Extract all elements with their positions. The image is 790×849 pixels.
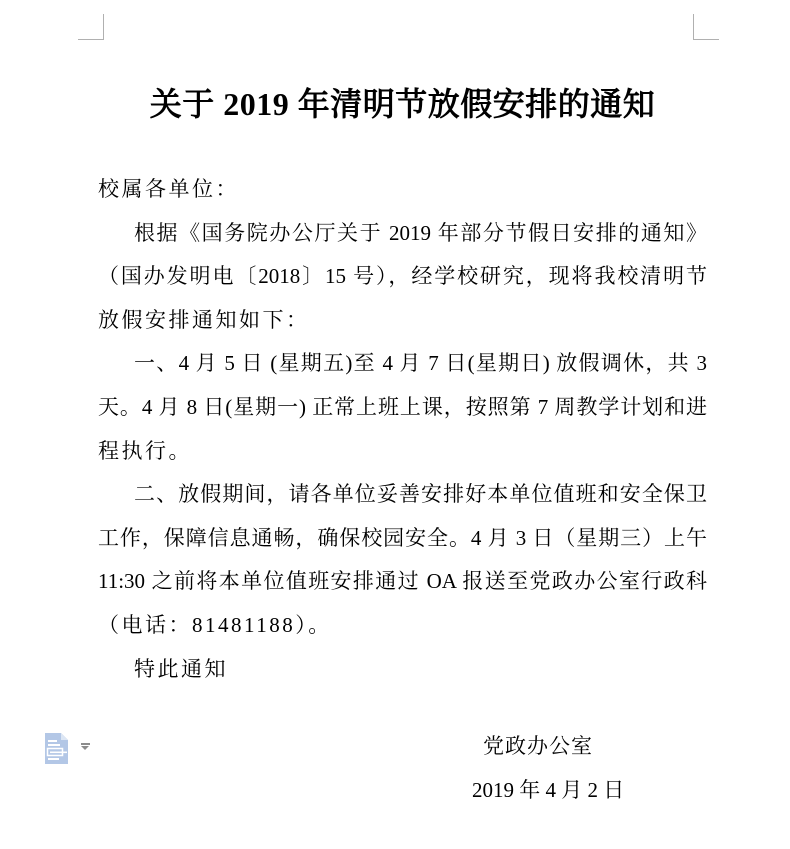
paste-options-button[interactable] [44,732,96,766]
signature-unit: 党政办公室 [483,725,593,769]
text-boundary-mark-top-left [78,39,104,40]
closing-line: 特此通知 [98,648,707,692]
signature-date: 2019 年 4 月 2 日 [472,769,624,813]
text-boundary-mark-top-right [693,39,719,40]
paste-options-document-icon [44,733,69,764]
text-boundary-mark-top-right [693,14,694,40]
body-line: 工作，保障信息通畅，确保校园安全。4 月 3 日（星期三）上午 [98,517,707,561]
notice-body: 校属各单位： 根据《国务院办公厅关于 2019 年部分节假日安排的通知》 （国办… [98,168,707,691]
body-line: 根据《国务院办公厅关于 2019 年部分节假日安排的通知》 [98,212,707,256]
salutation-line: 校属各单位： [98,168,707,212]
body-line: 二、放假期间，请各单位妥善安排好本单位值班和安全保卫 [98,473,707,517]
body-line: 天。4 月 8 日(星期一) 正常上班上课，按照第 7 周教学计划和进 [98,386,707,430]
dropdown-arrow-icon [80,743,92,753]
document-page[interactable]: 关于 2019 年清明节放假安排的通知 校属各单位： 根据《国务院办公厅关于 2… [0,0,790,849]
body-line: 程执行。 [98,430,707,474]
body-line: 放假安排通知如下： [98,299,707,343]
body-line: （国办发明电〔2018〕15 号），经学校研究，现将我校清明节 [98,255,707,299]
notice-title: 关于 2019 年清明节放假安排的通知 [98,82,707,126]
body-line: 11:30 之前将本单位值班安排通过 OA 报送至党政办公室行政科 [98,560,707,604]
body-line: 一、4 月 5 日 (星期五)至 4 月 7 日(星期日) 放假调休，共 3 [98,342,707,386]
body-line: （电话：81481188）。 [98,604,707,648]
text-boundary-mark-top-left [103,14,104,40]
